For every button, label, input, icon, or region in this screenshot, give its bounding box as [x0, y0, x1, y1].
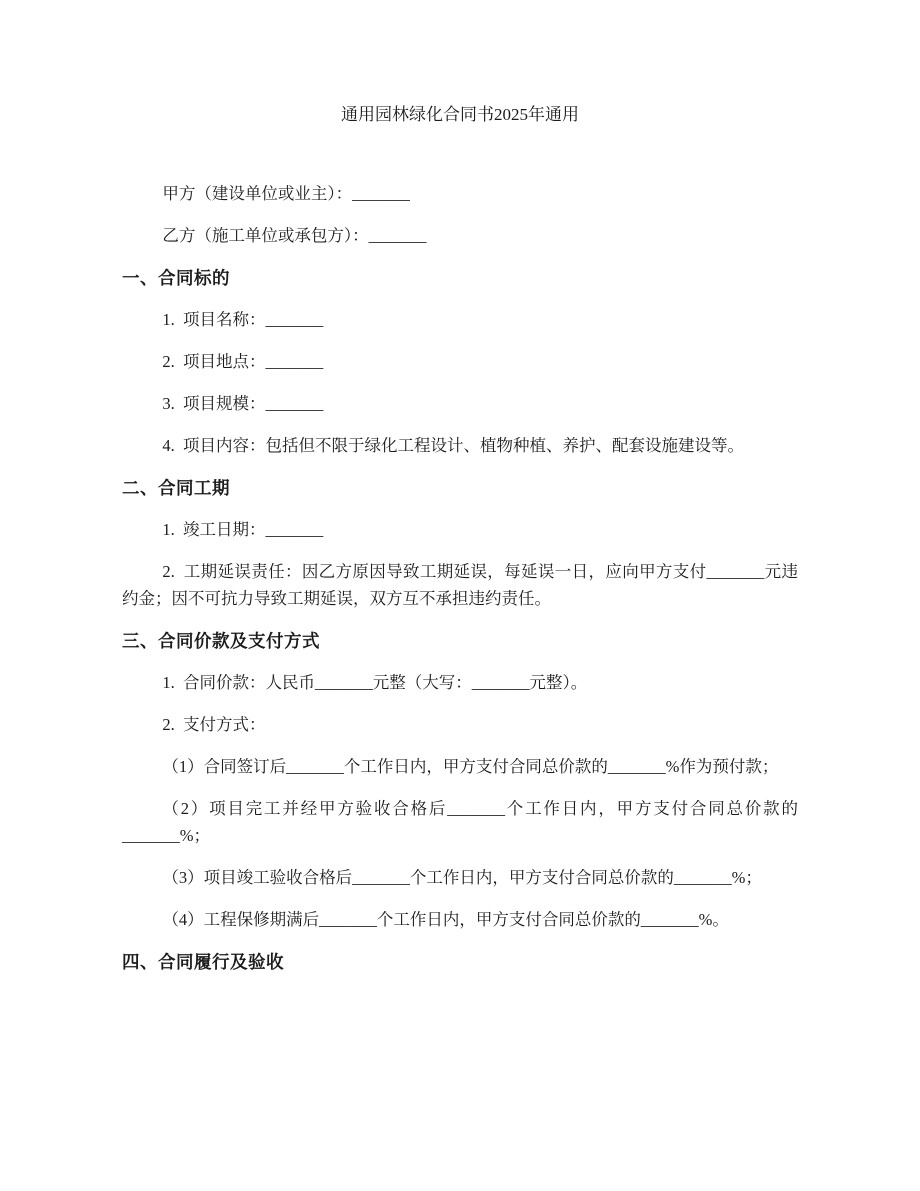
document-content: 通用园林绿化合同书2025年通用 甲方（建设单位或业主）：_______ 乙方（…: [0, 0, 920, 976]
project-scale-item: 3. 项目规模：_______: [122, 390, 798, 417]
section-subject-heading: 一、合同标的: [122, 264, 798, 292]
payment-method-item: 2. 支付方式：: [122, 711, 798, 738]
section-payment-heading: 三、合同价款及支付方式: [122, 627, 798, 655]
document-title: 通用园林绿化合同书2025年通用: [122, 101, 798, 128]
project-name-item: 1. 项目名称：_______: [122, 306, 798, 333]
contract-price-item: 1. 合同价款：人民币_______元整（大写：_______元整）。: [122, 669, 798, 696]
section-duration-heading: 二、合同工期: [122, 474, 798, 502]
document-page: 通用园林绿化合同书2025年通用 甲方（建设单位或业主）：_______ 乙方（…: [0, 0, 920, 1191]
payment-term-2-item: （2）项目完工并经甲方验收合格后_______个工作日内，甲方支付合同总价款的_…: [122, 795, 798, 849]
party-b-line: 乙方（施工单位或承包方）：_______: [122, 222, 798, 249]
payment-term-4-item: （4）工程保修期满后_______个工作日内，甲方支付合同总价款的_______…: [122, 906, 798, 933]
payment-term-3-item: （3）项目竣工验收合格后_______个工作日内，甲方支付合同总价款的_____…: [122, 864, 798, 891]
delay-liability-item: 2. 工期延误责任：因乙方原因导致工期延误，每延误一日，应向甲方支付______…: [122, 558, 798, 612]
party-a-line: 甲方（建设单位或业主）：_______: [122, 180, 798, 207]
completion-date-item: 1. 竣工日期：_______: [122, 516, 798, 543]
project-location-item: 2. 项目地点：_______: [122, 348, 798, 375]
section-acceptance-heading: 四、合同履行及验收: [122, 948, 798, 976]
payment-term-1-item: （1）合同签订后_______个工作日内，甲方支付合同总价款的_______%作…: [122, 753, 798, 780]
project-content-item: 4. 项目内容：包括但不限于绿化工程设计、植物种植、养护、配套设施建设等。: [122, 432, 798, 459]
